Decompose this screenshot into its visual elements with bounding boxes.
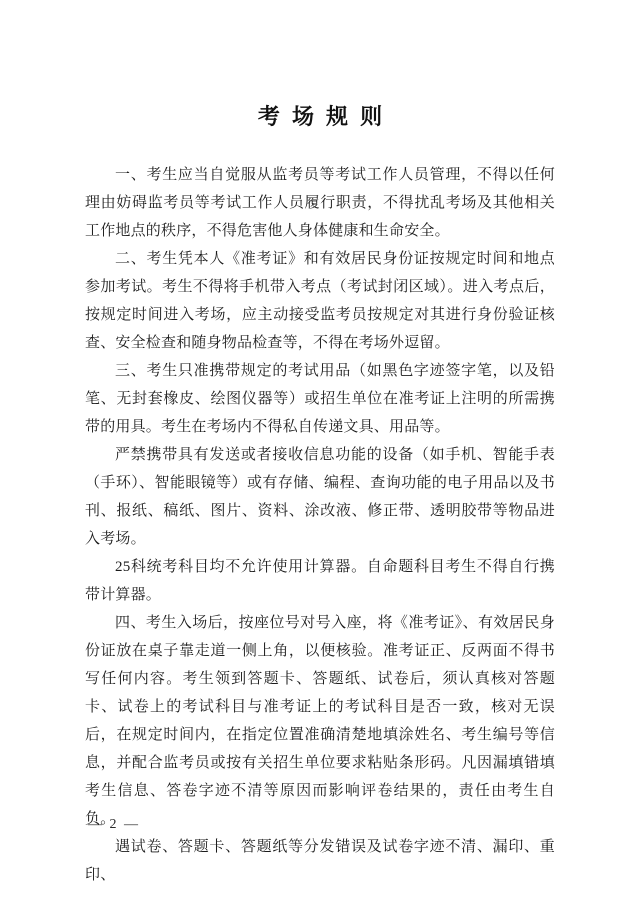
document-page: 考场规则 一、考生应当自觉服从监考员等考试工作人员管理，不得以任何理由妨碍监考员… [0,0,640,905]
paragraph-rule-2: 二、考生凭本人《准考证》和有效居民身份证按规定时间和地点参加考试。考生不得将手机… [85,245,555,357]
paragraph-rule-1: 一、考生应当自觉服从监考员等考试工作人员管理，不得以任何理由妨碍监考员等考试工作… [85,161,555,245]
document-body: 一、考生应当自觉服从监考员等考试工作人员管理，不得以任何理由妨碍监考员等考试工作… [85,161,555,889]
paragraph-rule-4: 四、考生入场后，按座位号对号入座，将《准考证》、有效居民身份证放在桌子靠走道一侧… [85,609,555,833]
page-title: 考场规则 [0,0,640,133]
paragraph-rule-3-prohibited-items: 严禁携带具有发送或者接收信息功能的设备（如手机、智能手表（手环）、智能眼镜等）或… [85,441,555,553]
paragraph-rule-3: 三、考生只准携带规定的考试用品（如黑色字迹签字笔，以及铅笔、无封套橡皮、绘图仪器… [85,357,555,441]
paragraph-rule-4-continued: 遇试卷、答题卡、答题纸等分发错误及试卷字迹不清、漏印、重印、 [85,833,555,889]
paragraph-rule-3-calculator: 25科统考科目均不允许使用计算器。自命题科目考生不得自行携带计算器。 [85,553,555,609]
page-number: — 2 — [88,817,140,833]
